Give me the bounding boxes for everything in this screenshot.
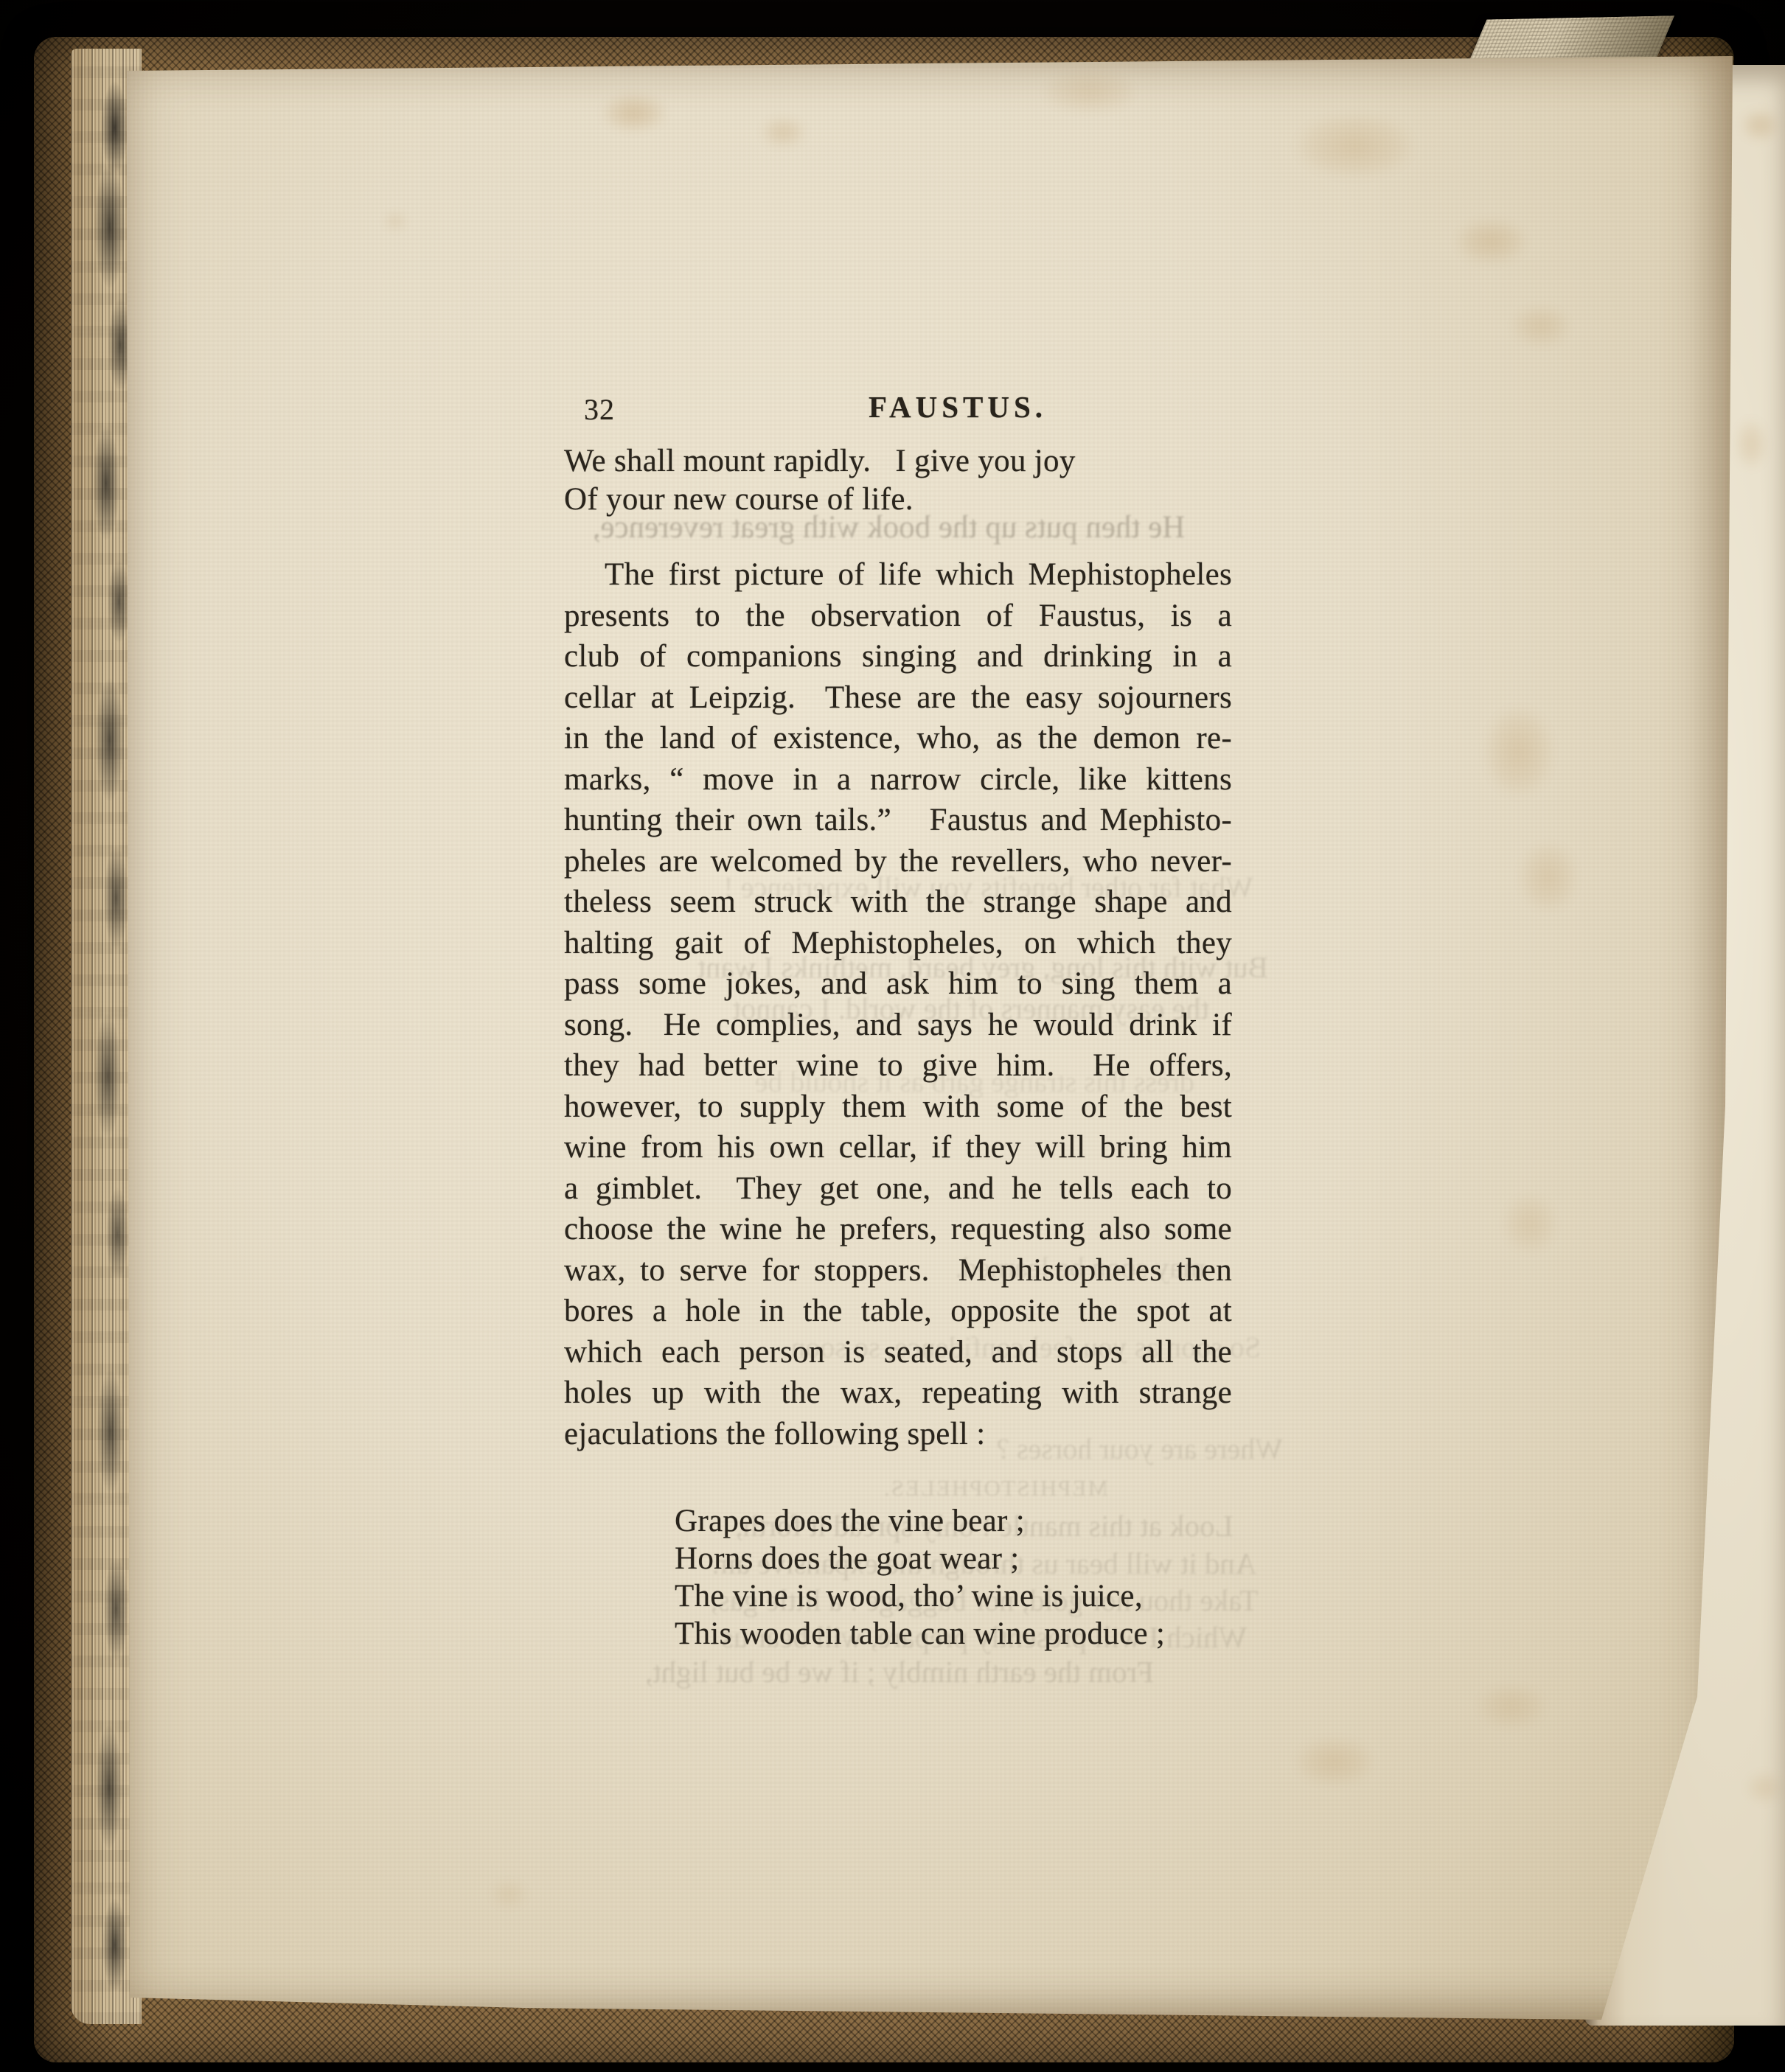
- paragraph-line: ejaculations the following spell :: [564, 1414, 985, 1455]
- paragraph-line: The first picture of life which Mephisto…: [564, 554, 1232, 596]
- paragraph-line: theless seem struck with the strange sha…: [564, 882, 1232, 923]
- paragraph-line: choose the wine he prefers, requesting a…: [564, 1209, 1232, 1250]
- paragraph-line: a gimblet. They get one, and he tells ea…: [564, 1168, 1232, 1210]
- paragraph-line: cellar at Leipzig. These are the easy so…: [564, 677, 1232, 719]
- paragraph-line: which each person is seated, and stops a…: [564, 1332, 1232, 1373]
- verse-line: Of your new course of life.: [564, 479, 914, 520]
- paragraph-line: holes up with the wax, repeating with st…: [564, 1372, 1232, 1414]
- spell-line: Horns does the goat wear ;: [675, 1538, 1020, 1580]
- paragraph-line: pass some jokes, and ask him to sing the…: [564, 963, 1232, 1005]
- verse-line: We shall mount rapidly. I give you joy: [564, 441, 1076, 482]
- paragraph-line: hunting their own tails.” Faustus and Me…: [564, 800, 1232, 841]
- paragraph-line: halting gait of Mephistopheles, on which…: [564, 923, 1232, 964]
- book-photo: He then puts up the book with great reve…: [0, 0, 1785, 2072]
- paragraph-line: they had better wine to give him. He off…: [564, 1045, 1232, 1086]
- paragraph-line: bores a hole in the table, opposite the …: [564, 1291, 1232, 1332]
- paragraph-line: club of companions singing and drinking …: [564, 636, 1232, 677]
- paragraph-line: in the land of existence, who, as the de…: [564, 718, 1232, 759]
- paragraph-line: marks, “ move in a narrow circle, like k…: [564, 759, 1232, 800]
- page-number: 32: [584, 392, 615, 427]
- paragraph-line: wax, to serve for stoppers. Mephistophel…: [564, 1250, 1232, 1291]
- spell-line: The vine is wood, tho’ wine is juice,: [675, 1576, 1143, 1617]
- spell-line: This wooden table can wine produce ;: [675, 1614, 1165, 1655]
- paragraph-line: presents to the observation of Faustus, …: [564, 596, 1232, 637]
- spell-line: Grapes does the vine bear ;: [675, 1501, 1025, 1542]
- paragraph-line: however, to supply them with some of the…: [564, 1086, 1232, 1128]
- paragraph-line: pheles are welcomed by the revellers, wh…: [564, 841, 1232, 882]
- running-title: FAUSTUS.: [869, 389, 1047, 425]
- paragraph-line: song. He complies, and says he would dri…: [564, 1005, 1232, 1046]
- paragraph-line: wine from his own cellar, if they will b…: [564, 1127, 1232, 1168]
